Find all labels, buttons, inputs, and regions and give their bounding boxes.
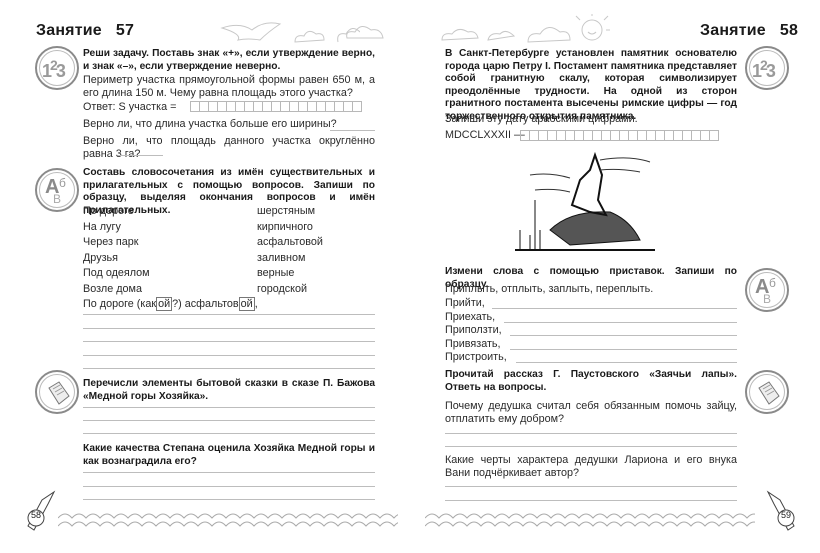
adjective-item: городской (257, 283, 307, 295)
book-icon (745, 370, 789, 414)
noun-item: На лугу (83, 221, 121, 233)
noun-item: По дороге (83, 205, 134, 217)
wave-decoration (425, 510, 755, 530)
page-number-right: 59 (777, 510, 795, 520)
roman-numeral: MDCCLXXXII — (445, 129, 525, 142)
example-phrase: По дороге (какой?) асфальтовой, (83, 298, 258, 310)
answer-line[interactable] (504, 322, 737, 323)
prefix-word: Привязать, (445, 338, 501, 350)
noun-item: Через парк (83, 236, 139, 248)
prefix-word: Пристроить, (445, 351, 507, 363)
writing-line[interactable] (445, 446, 737, 447)
task3-question: Какие качества Степана оценила Хозяйка М… (83, 443, 375, 468)
prefix-example: Приплыть, отплыть, заплыть, переплыть. (445, 283, 653, 296)
wave-decoration (58, 510, 398, 530)
noun-item: Возле дома (83, 283, 142, 295)
answer-label: Ответ: S участка = (83, 101, 176, 114)
noun-item: Друзья (83, 252, 118, 264)
adjective-item: шерстяным (257, 205, 315, 217)
writing-line[interactable] (83, 328, 375, 329)
question-character: Какие черты характера дедушки Лариона и … (445, 454, 737, 480)
book-icon (35, 370, 79, 414)
page-number-left: 58 (27, 510, 45, 520)
writing-line[interactable] (445, 486, 737, 487)
lesson-label: Занятие (36, 22, 102, 39)
cloud-decoration (345, 20, 385, 40)
prefix-word: Прийти, (445, 297, 485, 309)
writing-line[interactable] (83, 499, 375, 500)
adjective-item: верные (257, 267, 294, 279)
answer-cells[interactable] (521, 130, 719, 141)
task3-instruction-right: Прочитай рассказ Г. Паустовского «Заячьи… (445, 369, 737, 394)
lesson-number: 58 (780, 22, 798, 39)
answer-cell[interactable] (352, 101, 362, 112)
answer-line[interactable] (510, 335, 737, 336)
adjective-item: кирпичного (257, 221, 313, 233)
writing-line[interactable] (83, 341, 375, 342)
bird-clouds-decoration (220, 18, 360, 44)
clouds-sun-decoration (440, 14, 610, 44)
lesson-title-left: Занятие57 (36, 22, 134, 40)
math-123-icon: 123 (745, 46, 789, 90)
adjective-item: асфальтовой (257, 236, 323, 248)
writing-line[interactable] (83, 486, 375, 487)
writing-line[interactable] (83, 472, 375, 473)
noun-item: Под одеялом (83, 267, 150, 279)
answer-cell[interactable] (709, 130, 719, 141)
alphabet-abv-icon: А б В (35, 168, 79, 212)
writing-line[interactable] (83, 433, 375, 434)
writing-line[interactable] (445, 433, 737, 434)
answer-line[interactable] (330, 130, 375, 131)
answer-cells[interactable] (191, 101, 362, 112)
writing-line[interactable] (83, 420, 375, 421)
writing-line[interactable] (83, 368, 375, 369)
math-123-icon: 123 (35, 46, 79, 90)
lesson-label: Занятие (700, 22, 766, 39)
answer-line[interactable] (118, 155, 163, 156)
task1-instruction-right: Запиши эту дату арабскими цифрами. (445, 113, 638, 126)
prefix-word: Приползти, (445, 324, 502, 336)
answer-line[interactable] (492, 308, 737, 309)
lesson-title-right: Занятие58 (700, 22, 798, 40)
lesson-number: 57 (116, 22, 134, 39)
writing-line[interactable] (83, 407, 375, 408)
prefix-word: Приехать, (445, 311, 495, 323)
monument-text: В Санкт-Петербурге установлен памятник о… (445, 48, 737, 123)
question-grandfather: Почему дедушка считал себя обязанным пом… (445, 400, 737, 426)
answer-line[interactable] (510, 349, 737, 350)
writing-line[interactable] (445, 500, 737, 501)
task1-instruction: Реши задачу. Поставь знак «+», если утве… (83, 48, 375, 73)
task3-instruction: Перечисли элементы бытовой сказки в сказ… (83, 378, 375, 403)
writing-line[interactable] (83, 314, 375, 315)
question-length-width: Верно ли, что длина участка больше его ш… (83, 118, 337, 131)
adjective-item: заливном (257, 252, 305, 264)
question-area: Верно ли, что площадь данного участка ок… (83, 135, 375, 161)
answer-line[interactable] (516, 362, 737, 363)
task1-problem: Периметр участка прямоугольной формы рав… (83, 74, 375, 100)
alphabet-abv-icon: А б В (745, 268, 789, 312)
writing-line[interactable] (83, 355, 375, 356)
bronze-horseman-illustration (510, 150, 660, 260)
